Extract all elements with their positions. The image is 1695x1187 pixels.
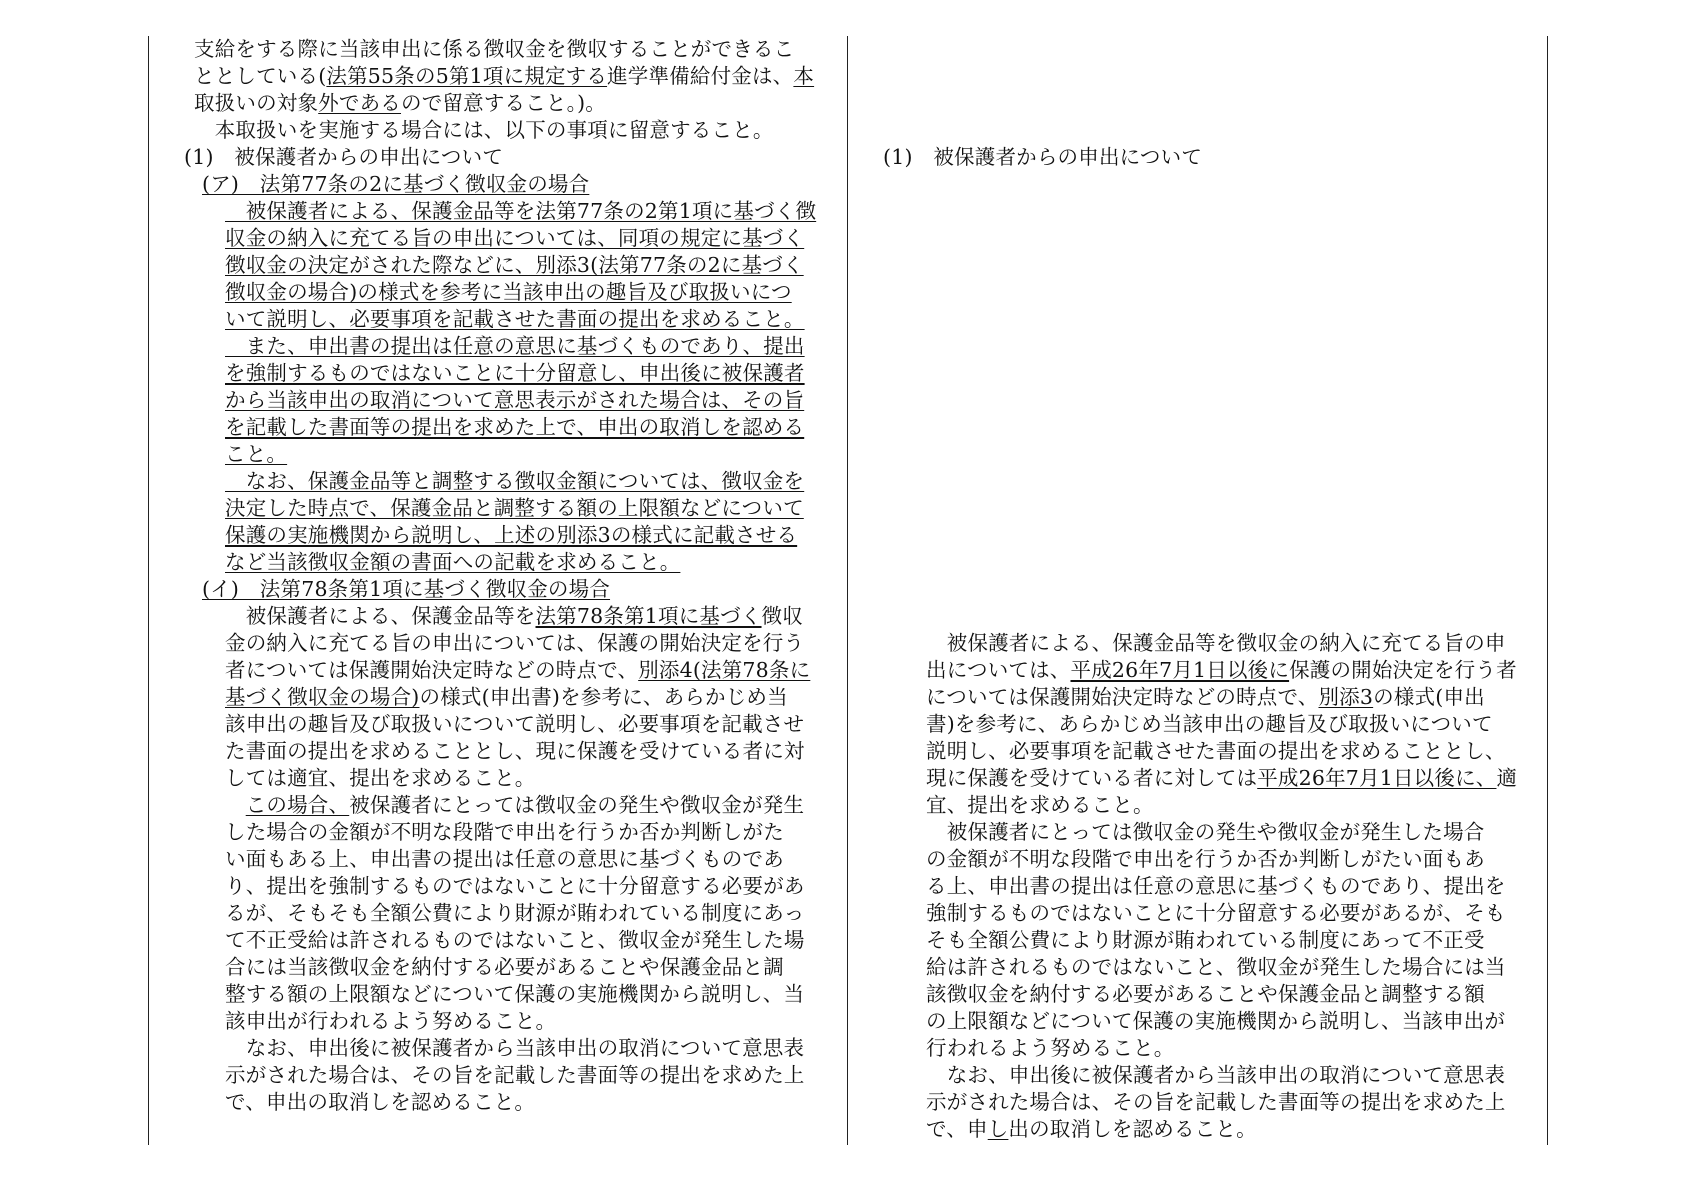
underlined-amendment-text: 平成26年7月1日以後に xyxy=(1071,658,1290,682)
text-segment: の様式(申出書)を参考に、あらかじめ当 xyxy=(420,685,788,709)
underlined-amendment-text: いて説明し、必要事項を記載させた書面の提出を求めること。 xyxy=(225,307,805,331)
text-line: こと。 xyxy=(225,441,287,468)
underlined-amendment-text: 別添3 xyxy=(1318,685,1373,709)
text-line: 収金の納入に充てる旨の申出については、同項の規定に基づく xyxy=(225,225,804,252)
text-segment: ので留意すること。)。 xyxy=(401,91,606,115)
text-line: (1) 被保護者からの申出について xyxy=(184,144,503,171)
text-line: 被保護者にとっては徴収金の発生や徴収金が発生した場合 xyxy=(926,819,1485,846)
text-line: から当該申出の取消について意思表示がされた場合は、その旨 xyxy=(225,387,804,414)
underlined-amendment-text: 外である xyxy=(318,91,401,115)
text-line: て不正受給は許されるものではないこと、徴収金が発生した場 xyxy=(225,927,805,954)
underlined-amendment-text: 徴収金の場合)の様式を参考に当該申出の趣旨及び取扱いにつ xyxy=(225,280,792,304)
text-line: なお、申出後に被保護者から当該申出の取消について意思表 xyxy=(225,1035,804,1062)
text-segment: るが、そもそも全額公費により財源が賄われている制度にあっ xyxy=(225,901,804,925)
document-page: 支給をする際に当該申出に係る徴収金を徴収することができることとしている(法第55… xyxy=(0,0,1695,1187)
text-segment: 金の納入に充てる旨の申出については、保護の開始決定を行う xyxy=(225,631,804,655)
text-segment: した場合の金額が不明な段階で申出を行うか否か判断しがた xyxy=(225,820,784,844)
text-segment: 示がされた場合は、その旨を記載した書面等の提出を求めた上 xyxy=(926,1090,1506,1114)
text-segment: 該申出が行われるよう努めること。 xyxy=(225,1009,556,1033)
text-segment: 保護の開始決定を行う者 xyxy=(1289,658,1517,682)
text-segment: い面もある上、申出書の提出は任意の意思に基づくものであ xyxy=(225,847,784,871)
text-line: の上限額などについて保護の実施機関から説明し、当該申出が xyxy=(926,1008,1505,1035)
underlined-amendment-text: この場合、 xyxy=(246,793,350,817)
text-line: 該申出が行われるよう努めること。 xyxy=(225,1008,556,1035)
underlined-amendment-text: 基づく徴収金の場合) xyxy=(225,685,420,709)
underlined-amendment-text: (イ) 法第78条第1項に基づく徴収金の場合 xyxy=(202,577,610,601)
underlined-amendment-text: 保護の実施機関から説明し、上述の別添3の様式に記載させる xyxy=(225,523,797,547)
text-segment: そも全額公費により財源が賄われている制度にあって不正受 xyxy=(926,928,1485,952)
underlined-amendment-text: こと。 xyxy=(225,442,287,466)
text-line: 者については保護開始決定時などの時点で、別添4(法第78条に xyxy=(225,657,810,684)
underlined-amendment-text: 法第55条の5第1項に規定する xyxy=(326,64,607,88)
text-segment: 整する額の上限額などについて保護の実施機関から説明し、当 xyxy=(225,982,804,1006)
text-segment: 該申出の趣旨及び取扱いについて説明し、必要事項を記載させ xyxy=(225,712,804,736)
text-line: 示がされた場合は、その旨を記載した書面等の提出を求めた上 xyxy=(926,1089,1506,1116)
underlined-amendment-text: 本 xyxy=(793,64,814,88)
table-border-right xyxy=(1547,36,1548,1145)
text-segment: 被保護者にとっては徴収金の発生や徴収金が発生した場合 xyxy=(926,820,1485,844)
text-line: 出については、平成26年7月1日以後に保護の開始決定を行う者 xyxy=(926,657,1517,684)
text-line: 強制するものではないことに十分留意する必要があるが、そも xyxy=(926,900,1506,927)
text-line: ととしている(法第55条の5第1項に規定する進学準備給付金は、本 xyxy=(194,63,814,90)
text-line: で、申し出の取消しを認めること。 xyxy=(926,1116,1257,1143)
text-segment: 書)を参考に、あらかじめ当該申出の趣旨及び取扱いについて xyxy=(926,712,1493,736)
text-segment: て不正受給は許されるものではないこと、徴収金が発生した場 xyxy=(225,928,805,952)
text-line: いて説明し、必要事項を記載させた書面の提出を求めること。 xyxy=(225,306,805,333)
text-segment: 取扱いの対象 xyxy=(194,91,318,115)
underlined-amendment-text: から当該申出の取消について意思表示がされた場合は、その旨 xyxy=(225,388,804,412)
text-segment: ととしている( xyxy=(194,64,326,88)
text-segment: 説明し、必要事項を記載させた書面の提出を求めることとし、 xyxy=(926,739,1506,763)
text-line: 整する額の上限額などについて保護の実施機関から説明し、当 xyxy=(225,981,804,1008)
text-segment: 徴収 xyxy=(762,604,803,628)
text-line: (1) 被保護者からの申出について xyxy=(883,144,1202,171)
text-line: る上、申出書の提出は任意の意思に基づくものであり、提出を xyxy=(926,873,1506,900)
text-line: 決定した時点で、保護金品と調整する額の上限額などについて xyxy=(225,495,804,522)
text-segment: なお、申出後に被保護者から当該申出の取消について意思表 xyxy=(926,1063,1505,1087)
underlined-amendment-text: を強制するものではないことに十分留意し、申出後に被保護者 xyxy=(225,361,805,385)
text-segment: 給は許されるものではないこと、徴収金が発生した場合には当 xyxy=(926,955,1506,979)
text-line: で、申出の取消しを認めること。 xyxy=(225,1089,535,1116)
underlined-amendment-text: また、申出書の提出は任意の意思に基づくものであり、提出 xyxy=(225,334,805,358)
text-segment: 被保護者による、保護金品等を xyxy=(225,604,536,628)
text-line: 現に保護を受けている者に対しては平成26年7月1日以後に、適 xyxy=(926,765,1517,792)
underlined-amendment-text: なお、保護金品等と調整する徴収金額については、徴収金を xyxy=(225,469,804,493)
text-segment: 出の取消しを認めること。 xyxy=(1008,1117,1256,1141)
text-segment: しては適宜、提出を求めること。 xyxy=(225,766,536,790)
text-line: 示がされた場合は、その旨を記載した書面等の提出を求めた上 xyxy=(225,1062,805,1089)
table-border-left xyxy=(148,36,149,1145)
text-line: 徴収金の決定がされた際などに、別添3(法第77条の2に基づく xyxy=(225,252,804,279)
text-line: 支給をする際に当該申出に係る徴収金を徴収することができるこ xyxy=(194,36,794,63)
text-segment: た書面の提出を求めることとし、現に保護を受けている者に対 xyxy=(225,739,805,763)
text-segment: なお、申出後に被保護者から当該申出の取消について意思表 xyxy=(225,1036,804,1060)
text-segment: 行われるよう努めること。 xyxy=(926,1036,1174,1060)
text-line: なお、申出後に被保護者から当該申出の取消について意思表 xyxy=(926,1062,1505,1089)
underlined-amendment-text: 収金の納入に充てる旨の申出については、同項の規定に基づく xyxy=(225,226,804,250)
text-segment: 出については、 xyxy=(926,658,1071,682)
text-line: (イ) 法第78条第1項に基づく徴収金の場合 xyxy=(202,576,610,603)
text-segment: る上、申出書の提出は任意の意思に基づくものであり、提出を xyxy=(926,874,1506,898)
text-line: そも全額公費により財源が賄われている制度にあって不正受 xyxy=(926,927,1485,954)
text-line: 宜、提出を求めること。 xyxy=(926,792,1154,819)
text-segment: で、申出の取消しを認めること。 xyxy=(225,1090,535,1114)
underlined-amendment-text: 徴収金の決定がされた際などに、別添3(法第77条の2に基づく xyxy=(225,253,804,277)
text-segment: 強制するものではないことに十分留意する必要があるが、そも xyxy=(926,901,1506,925)
text-segment: の金額が不明な段階で申出を行うか否か判断しがたい面もあ xyxy=(926,847,1485,871)
text-segment: 被保護者による、保護金品等を徴収金の納入に充てる旨の申 xyxy=(926,631,1506,655)
text-line: また、申出書の提出は任意の意思に基づくものであり、提出 xyxy=(225,333,805,360)
text-line: については保護開始決定時などの時点で、別添3の様式(申出 xyxy=(926,684,1485,711)
text-line: 該徴収金を納付する必要があることや保護金品と調整する額 xyxy=(926,981,1485,1008)
text-segment: (1) 被保護者からの申出について xyxy=(883,145,1202,169)
table-border-middle xyxy=(847,36,848,1145)
text-line: 被保護者による、保護金品等を法第77条の2第1項に基づく徴 xyxy=(225,198,816,225)
text-line: しては適宜、提出を求めること。 xyxy=(225,765,536,792)
text-segment: で、申 xyxy=(926,1117,988,1141)
text-line: 被保護者による、保護金品等を徴収金の納入に充てる旨の申 xyxy=(926,630,1506,657)
text-line: 保護の実施機関から説明し、上述の別添3の様式に記載させる xyxy=(225,522,797,549)
underlined-amendment-text: (ア) 法第77条の2に基づく徴収金の場合 xyxy=(202,172,589,196)
underlined-amendment-text: 決定した時点で、保護金品と調整する額の上限額などについて xyxy=(225,496,804,520)
text-line: なお、保護金品等と調整する徴収金額については、徴収金を xyxy=(225,468,804,495)
text-segment: 現に保護を受けている者に対しては xyxy=(926,766,1257,790)
underlined-amendment-text: し xyxy=(988,1117,1009,1141)
text-line: 合には当該徴収金を納付する必要があることや保護金品と調 xyxy=(225,954,784,981)
text-line: るが、そもそも全額公費により財源が賄われている制度にあっ xyxy=(225,900,804,927)
text-line: を記載した書面等の提出を求めた上で、申出の取消しを認める xyxy=(225,414,804,441)
text-segment: 該徴収金を納付する必要があることや保護金品と調整する額 xyxy=(926,982,1485,1006)
underlined-amendment-text: など当該徴収金額の書面への記載を求めること。 xyxy=(225,550,680,574)
text-segment: 宜、提出を求めること。 xyxy=(926,793,1154,817)
text-line: 行われるよう努めること。 xyxy=(926,1035,1174,1062)
text-line: など当該徴収金額の書面への記載を求めること。 xyxy=(225,549,680,576)
underlined-amendment-text: 平成26年7月1日以後に、 xyxy=(1257,766,1496,790)
text-line: 取扱いの対象外であるので留意すること。)。 xyxy=(194,90,606,117)
text-line: 金の納入に充てる旨の申出については、保護の開始決定を行う xyxy=(225,630,804,657)
text-line: (ア) 法第77条の2に基づく徴収金の場合 xyxy=(202,171,589,198)
text-segment: 本取扱いを実施する場合には、以下の事項に留意すること。 xyxy=(194,118,774,142)
text-segment: については保護開始決定時などの時点で、 xyxy=(926,685,1318,709)
text-line: 被保護者による、保護金品等を法第78条第1項に基づく徴収 xyxy=(225,603,803,630)
text-segment: 進学準備給付金は、 xyxy=(607,64,793,88)
text-line: この場合、被保護者にとっては徴収金の発生や徴収金が発生 xyxy=(225,792,804,819)
text-segment: の様式(申出 xyxy=(1373,685,1485,709)
text-line: 該申出の趣旨及び取扱いについて説明し、必要事項を記載させ xyxy=(225,711,804,738)
text-line: 本取扱いを実施する場合には、以下の事項に留意すること。 xyxy=(194,117,774,144)
text-segment xyxy=(225,793,246,817)
text-line: た書面の提出を求めることとし、現に保護を受けている者に対 xyxy=(225,738,805,765)
text-line: い面もある上、申出書の提出は任意の意思に基づくものであ xyxy=(225,846,784,873)
text-line: 説明し、必要事項を記載させた書面の提出を求めることとし、 xyxy=(926,738,1506,765)
text-line: り、提出を強制するものではないことに十分留意する必要があ xyxy=(225,873,805,900)
text-segment: 適 xyxy=(1496,766,1517,790)
text-segment: 合には当該徴収金を納付する必要があることや保護金品と調 xyxy=(225,955,784,979)
text-line: した場合の金額が不明な段階で申出を行うか否か判断しがた xyxy=(225,819,784,846)
text-line: 徴収金の場合)の様式を参考に当該申出の趣旨及び取扱いにつ xyxy=(225,279,792,306)
text-line: の金額が不明な段階で申出を行うか否か判断しがたい面もあ xyxy=(926,846,1485,873)
text-segment: 示がされた場合は、その旨を記載した書面等の提出を求めた上 xyxy=(225,1063,805,1087)
text-line: 給は許されるものではないこと、徴収金が発生した場合には当 xyxy=(926,954,1506,981)
text-segment: り、提出を強制するものではないことに十分留意する必要があ xyxy=(225,874,805,898)
text-segment: (1) 被保護者からの申出について xyxy=(184,145,503,169)
underlined-amendment-text: 被保護者による、保護金品等を法第77条の2第1項に基づく徴 xyxy=(225,199,816,223)
text-segment: 者については保護開始決定時などの時点で、 xyxy=(225,658,638,682)
underlined-amendment-text: 別添4(法第78条に xyxy=(638,658,810,682)
text-line: 基づく徴収金の場合)の様式(申出書)を参考に、あらかじめ当 xyxy=(225,684,788,711)
text-segment: 支給をする際に当該申出に係る徴収金を徴収することができるこ xyxy=(194,37,794,61)
underlined-amendment-text: 法第78条第1項に基づく xyxy=(536,604,762,628)
text-line: 書)を参考に、あらかじめ当該申出の趣旨及び取扱いについて xyxy=(926,711,1493,738)
text-line: を強制するものではないことに十分留意し、申出後に被保護者 xyxy=(225,360,805,387)
underlined-amendment-text: を記載した書面等の提出を求めた上で、申出の取消しを認める xyxy=(225,415,804,439)
text-segment: 被保護者にとっては徴収金の発生や徴収金が発生 xyxy=(349,793,804,817)
text-segment: の上限額などについて保護の実施機関から説明し、当該申出が xyxy=(926,1009,1505,1033)
